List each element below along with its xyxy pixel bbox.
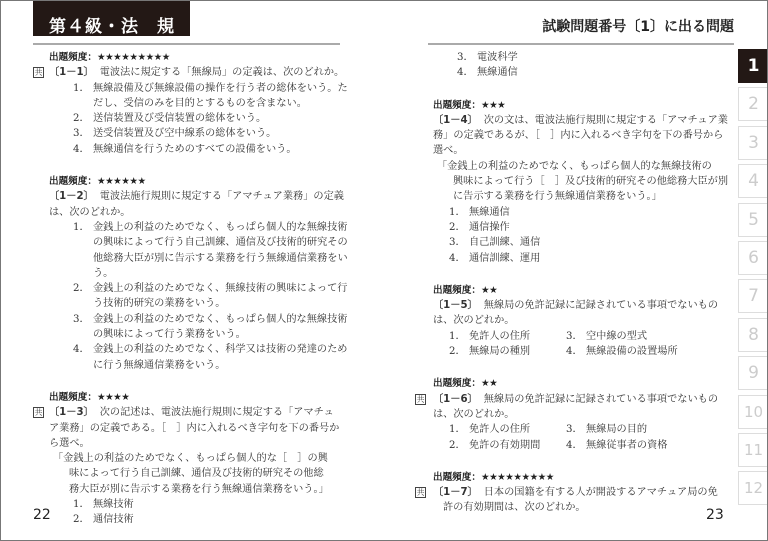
page-border xyxy=(0,0,768,541)
book-spread: 第４級・法 規 出題頻度：★★★★★★★★★ 共 〔1－1〕電波法に規定する「無… xyxy=(0,0,768,541)
